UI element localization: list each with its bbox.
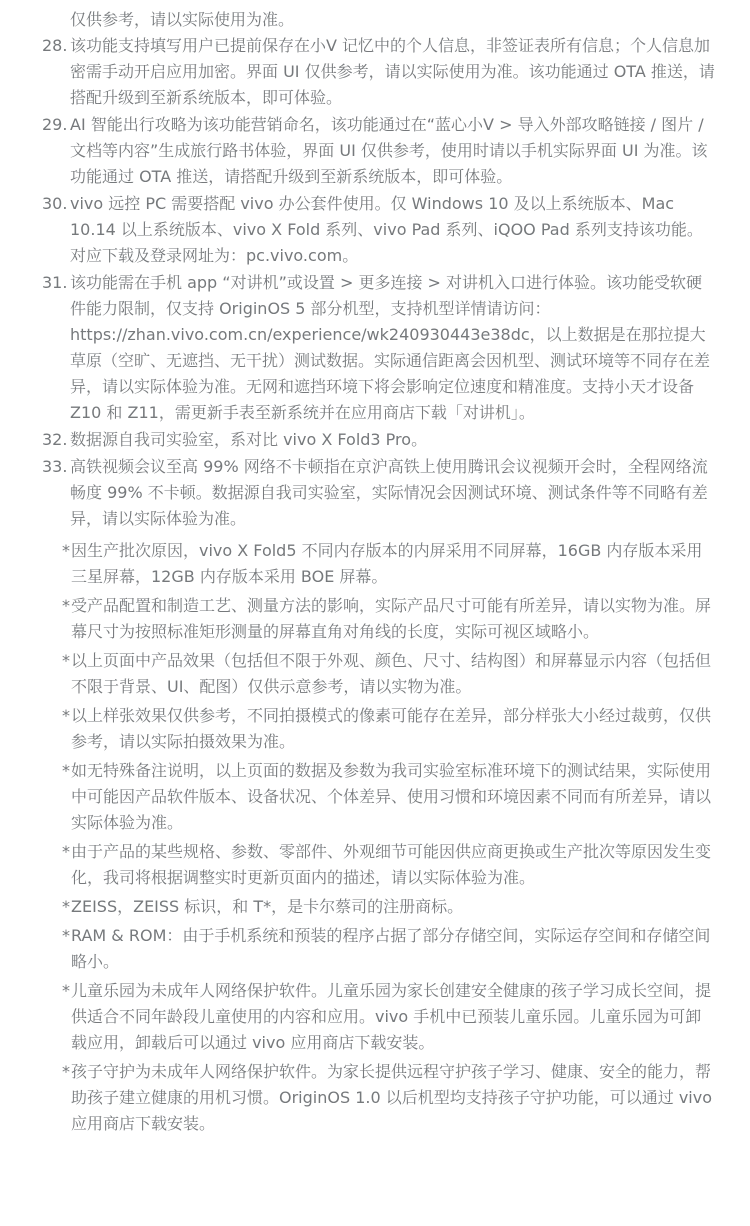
footnotes-section: * 因生产批次原因，vivo X Fold5 不同内存版本的内屏采用不同屏幕，1… (42, 538, 716, 1137)
item-number: 32. (42, 427, 70, 453)
asterisk-marker: * (62, 648, 71, 674)
footnote-item: * 如无特殊备注说明，以上页面的数据及参数为我司实验室标准环境下的测试结果，实际… (62, 758, 716, 836)
footnote-item: * 受产品配置和制造工艺、测量方法的影响，实际产品尺寸可能有所差异，请以实物为准… (62, 593, 716, 645)
footnote-item: * 儿童乐园为未成年人网络保护软件。儿童乐园为家长创建安全健康的孩子学习成长空间… (62, 978, 716, 1056)
footnote-text: 如无特殊备注说明，以上页面的数据及参数为我司实验室标准环境下的测试结果，实际使用… (71, 758, 716, 836)
footnote-text: 儿童乐园为未成年人网络保护软件。儿童乐园为家长创建安全健康的孩子学习成长空间，提… (71, 978, 716, 1056)
asterisk-marker: * (62, 593, 71, 619)
asterisk-marker: * (62, 978, 71, 1004)
footnote-item: * 孩子守护为未成年人网络保护软件。为家长提供远程守护孩子学习、健康、安全的能力… (62, 1059, 716, 1137)
item-text: 高铁视频会议至高 99% 网络不卡顿指在京沪高铁上使用腾讯会议视频开会时，全程网… (70, 454, 716, 532)
footnote-text: RAM & ROM：由于手机系统和预装的程序占据了部分存储空间，实际运存空间和存… (71, 923, 716, 975)
item-text: 该功能需在手机 app “对讲机”或设置 > 更多连接 > 对讲机入口进行体验。… (70, 270, 716, 426)
item-number: 31. (42, 270, 70, 296)
footnote-text: 受产品配置和制造工艺、测量方法的影响，实际产品尺寸可能有所差异，请以实物为准。屏… (71, 593, 716, 645)
item-text: 该功能支持填写用户已提前保存在小V 记忆中的个人信息，非签证表所有信息；个人信息… (70, 33, 716, 111)
continued-disclaimer-line: 仅供参考，请以实际使用为准。 (70, 7, 716, 33)
numbered-item-29: 29. AI 智能出行攻略为该功能营销命名，该功能通过在“蓝心小V > 导入外部… (42, 112, 716, 190)
footnote-item: * ZEISS，ZEISS 标识，和 T*，是卡尔蔡司的注册商标。 (62, 894, 716, 920)
item-text: vivo 远控 PC 需要搭配 vivo 办公套件使用。仅 Windows 10… (70, 191, 716, 269)
numbered-item-31: 31. 该功能需在手机 app “对讲机”或设置 > 更多连接 > 对讲机入口进… (42, 270, 716, 426)
footnote-text: 由于产品的某些规格、参数、零部件、外观细节可能因供应商更换或生产批次等原因发生变… (71, 839, 716, 891)
numbered-item-33: 33. 高铁视频会议至高 99% 网络不卡顿指在京沪高铁上使用腾讯会议视频开会时… (42, 454, 716, 532)
numbered-item-28: 28. 该功能支持填写用户已提前保存在小V 记忆中的个人信息，非签证表所有信息；… (42, 33, 716, 111)
footnote-item: * 以上页面中产品效果（包括但不限于外观、颜色、尺寸、结构图）和屏幕显示内容（包… (62, 648, 716, 700)
footnote-text: 因生产批次原因，vivo X Fold5 不同内存版本的内屏采用不同屏幕，16G… (71, 538, 716, 590)
disclaimer-page: 仅供参考，请以实际使用为准。 28. 该功能支持填写用户已提前保存在小V 记忆中… (0, 0, 750, 1226)
footnote-item: * 因生产批次原因，vivo X Fold5 不同内存版本的内屏采用不同屏幕，1… (62, 538, 716, 590)
footnote-text: 以上页面中产品效果（包括但不限于外观、颜色、尺寸、结构图）和屏幕显示内容（包括但… (71, 648, 716, 700)
footnote-item: * RAM & ROM：由于手机系统和预装的程序占据了部分存储空间，实际运存空间… (62, 923, 716, 975)
item-number: 30. (42, 191, 70, 217)
footnote-item: * 由于产品的某些规格、参数、零部件、外观细节可能因供应商更换或生产批次等原因发… (62, 839, 716, 891)
item-text: AI 智能出行攻略为该功能营销命名，该功能通过在“蓝心小V > 导入外部攻略链接… (70, 112, 716, 190)
footnote-item: * 以上样张效果仅供参考，不同拍摄模式的像素可能存在差异，部分样张大小经过裁剪，… (62, 703, 716, 755)
numbered-item-32: 32. 数据源自我司实验室，系对比 vivo X Fold3 Pro。 (42, 427, 716, 453)
item-number: 33. (42, 454, 70, 480)
asterisk-marker: * (62, 839, 71, 865)
asterisk-marker: * (62, 894, 71, 920)
item-number: 29. (42, 112, 70, 138)
asterisk-marker: * (62, 538, 71, 564)
footnote-text: ZEISS，ZEISS 标识，和 T*，是卡尔蔡司的注册商标。 (71, 894, 716, 920)
footnote-text: 孩子守护为未成年人网络保护软件。为家长提供远程守护孩子学习、健康、安全的能力，帮… (71, 1059, 716, 1137)
item-number: 28. (42, 33, 70, 59)
numbered-item-30: 30. vivo 远控 PC 需要搭配 vivo 办公套件使用。仅 Window… (42, 191, 716, 269)
footnote-text: 以上样张效果仅供参考，不同拍摄模式的像素可能存在差异，部分样张大小经过裁剪，仅供… (71, 703, 716, 755)
asterisk-marker: * (62, 923, 71, 949)
asterisk-marker: * (62, 758, 71, 784)
asterisk-marker: * (62, 703, 71, 729)
item-text: 数据源自我司实验室，系对比 vivo X Fold3 Pro。 (70, 427, 716, 453)
asterisk-marker: * (62, 1059, 71, 1085)
